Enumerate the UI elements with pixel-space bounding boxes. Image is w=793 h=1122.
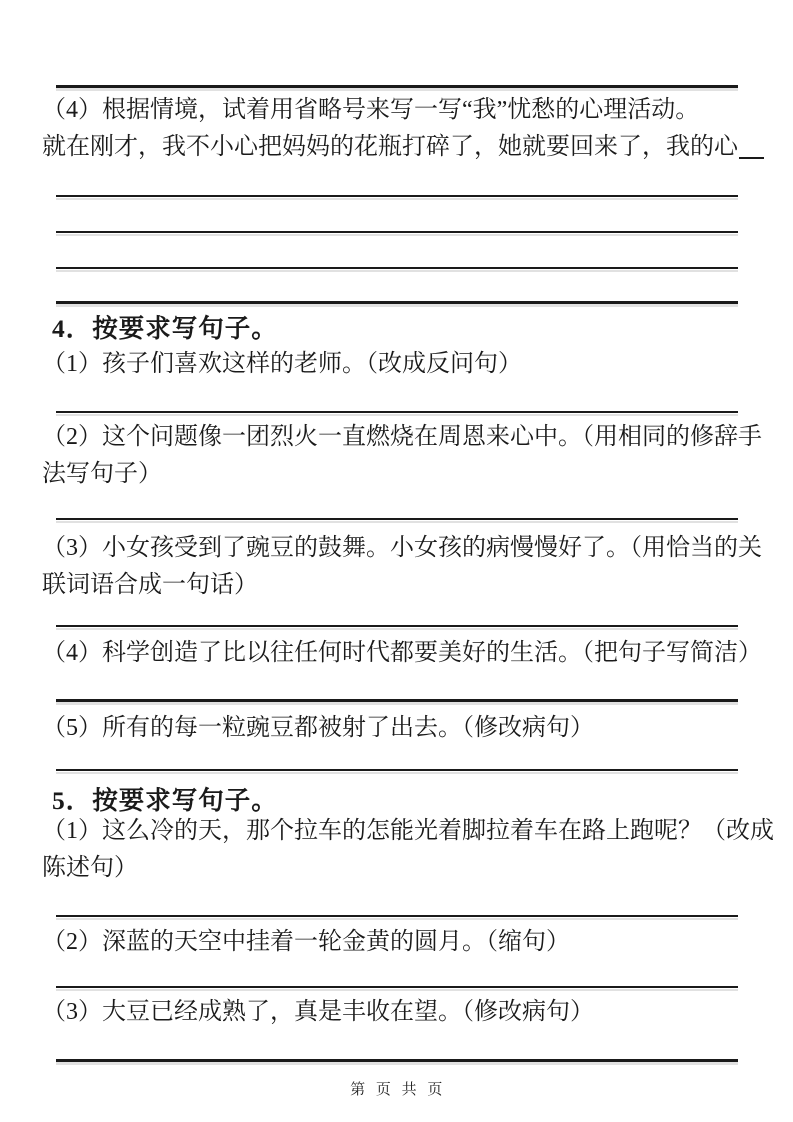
answer-line xyxy=(56,301,738,304)
question-3-sub4-context: 就在刚才，我不小心把妈妈的花瓶打碎了，她就要回来了，我的心 xyxy=(42,129,748,166)
answer-line xyxy=(56,625,738,627)
question-5-item-2: （2）深蓝的天空中挂着一轮金黄的圆月。（缩句） xyxy=(42,924,748,961)
question-text-line: （2）这个问题像一团烈火一直燃烧在周恩来心中。（用相同的修辞手 xyxy=(42,419,748,456)
question-text-line: （2）深蓝的天空中挂着一轮金黄的圆月。（缩句） xyxy=(42,924,748,961)
question-text-line: 联词语合成一句话） xyxy=(42,567,748,604)
question-4-item-5: （5）所有的每一粒豌豆都被射了出去。（修改病句） xyxy=(42,710,748,747)
answer-line xyxy=(56,769,738,771)
question-text-line: （4）科学创造了比以往任何时代都要美好的生活。（把句子写简洁） xyxy=(42,635,748,672)
worksheet-page: （4）根据情境，试着用省略号来写一写“我”忧愁的心理活动。 就在刚才，我不小心把… xyxy=(0,0,793,1122)
answer-line xyxy=(56,411,738,413)
question-3-sub4: （4）根据情境，试着用省略号来写一写“我”忧愁的心理活动。 就在刚才，我不小心把… xyxy=(42,92,748,166)
question-4-item-3: （3）小女孩受到了豌豆的鼓舞。小女孩的病慢慢好了。（用恰当的关 联词语合成一句话… xyxy=(42,530,748,604)
question-text-line: （5）所有的每一粒豌豆都被射了出去。（修改病句） xyxy=(42,710,748,747)
answer-line xyxy=(56,986,738,988)
question-5-item-3: （3）大豆已经成熟了，真是丰收在望。（修改病句） xyxy=(42,994,748,1031)
question-4-item-4: （4）科学创造了比以往任何时代都要美好的生活。（把句子写简洁） xyxy=(42,635,748,672)
answer-line xyxy=(56,1059,738,1062)
question-text-line: （3）大豆已经成熟了，真是丰收在望。（修改病句） xyxy=(42,994,748,1031)
page-footer: 第 页 共 页 xyxy=(0,1078,793,1099)
question-text-line: （3）小女孩受到了豌豆的鼓舞。小女孩的病慢慢好了。（用恰当的关 xyxy=(42,530,748,567)
question-3-sub4-context-text: 就在刚才，我不小心把妈妈的花瓶打碎了，她就要回来了，我的心 xyxy=(42,134,738,160)
answer-line xyxy=(56,231,738,233)
question-5-item-1: （1）这么冷的天，那个拉车的怎能光着脚拉着车在路上跑呢？（改成 陈述句） xyxy=(42,813,748,887)
answer-line xyxy=(56,85,738,88)
question-3-sub4-prompt: （4）根据情境，试着用省略号来写一写“我”忧愁的心理活动。 xyxy=(42,92,748,129)
answer-line xyxy=(56,195,738,197)
question-text-line: （1）这么冷的天，那个拉车的怎能光着脚拉着车在路上跑呢？（改成 xyxy=(42,813,748,850)
question-4-item-2: （2）这个问题像一团烈火一直燃烧在周恩来心中。（用相同的修辞手 法写句子） xyxy=(42,419,748,493)
question-text-line: 陈述句） xyxy=(42,850,748,887)
answer-line xyxy=(56,915,738,917)
answer-line xyxy=(56,267,738,269)
answer-line xyxy=(56,518,738,520)
question-text-line: （1）孩子们喜欢这样的老师。（改成反问句） xyxy=(42,346,748,383)
question-text-line: 法写句子） xyxy=(42,456,748,493)
fill-in-blank xyxy=(739,133,764,159)
question-4-item-1: （1）孩子们喜欢这样的老师。（改成反问句） xyxy=(42,346,748,383)
question-4-heading: 4．按要求写句子。 xyxy=(52,310,752,347)
answer-line xyxy=(56,699,738,702)
